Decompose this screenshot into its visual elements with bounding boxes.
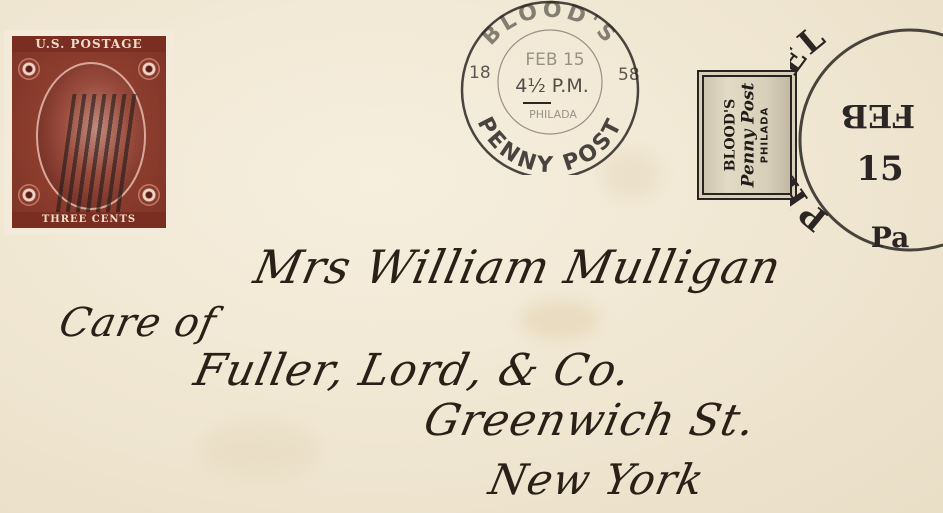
svg-text:BLOOD'S: BLOOD'S	[477, 0, 623, 50]
rosette-icon	[18, 184, 40, 206]
philadelphia-state: Pa	[871, 221, 909, 254]
postage-stamp: U.S. POSTAGE THREE CENTS	[4, 30, 174, 234]
philadelphia-postmark: PHILADEL FEB 15 Pa	[790, 15, 943, 265]
envelope: U.S. POSTAGE THREE CENTS BLOOD'S PENNY P…	[0, 0, 943, 513]
address-recipient: Mrs William Mulligan	[249, 240, 786, 294]
penny-post-date: FEB 15	[525, 50, 584, 70]
stamp-bottom-text: THREE CENTS	[12, 212, 166, 228]
penny-post-top-text: BLOOD'S	[477, 0, 623, 50]
rosette-icon	[138, 184, 160, 206]
penny-post-bottom-text: PENNY POST	[472, 113, 628, 175]
rosette-icon	[138, 58, 160, 80]
label-line-3: PHILADA	[761, 83, 771, 188]
philadelphia-arc-text: PHILADEL	[790, 17, 835, 239]
philadelphia-day: 15	[856, 149, 903, 189]
stamp-top-text: U.S. POSTAGE	[12, 36, 166, 52]
rosette-icon	[18, 58, 40, 80]
penny-post-city: PHILADA	[529, 108, 577, 121]
address-company: Fuller, Lord, & Co.	[190, 345, 636, 396]
svg-text:PHILADEL: PHILADEL	[790, 17, 835, 239]
philadelphia-month: FEB	[841, 97, 915, 135]
address-care-of: Care of	[55, 300, 221, 346]
penny-post-year-right: 58	[618, 65, 640, 85]
penny-post-postmark: BLOOD'S PENNY POST FEB 15 4½ P.M. 18 58 …	[455, 0, 645, 175]
address-city: New York	[485, 455, 709, 504]
label-line-1: BLOOD'S	[724, 83, 738, 188]
penny-post-time: 4½ P.M.	[515, 75, 589, 97]
label-line-2: Penny Post	[741, 83, 758, 188]
svg-text:PENNY POST: PENNY POST	[472, 113, 628, 175]
penny-post-year-left: 18	[469, 63, 491, 83]
address-street: Greenwich St.	[420, 395, 761, 446]
bloods-penny-post-label: BLOOD'S Penny Post PHILADA	[697, 70, 797, 200]
